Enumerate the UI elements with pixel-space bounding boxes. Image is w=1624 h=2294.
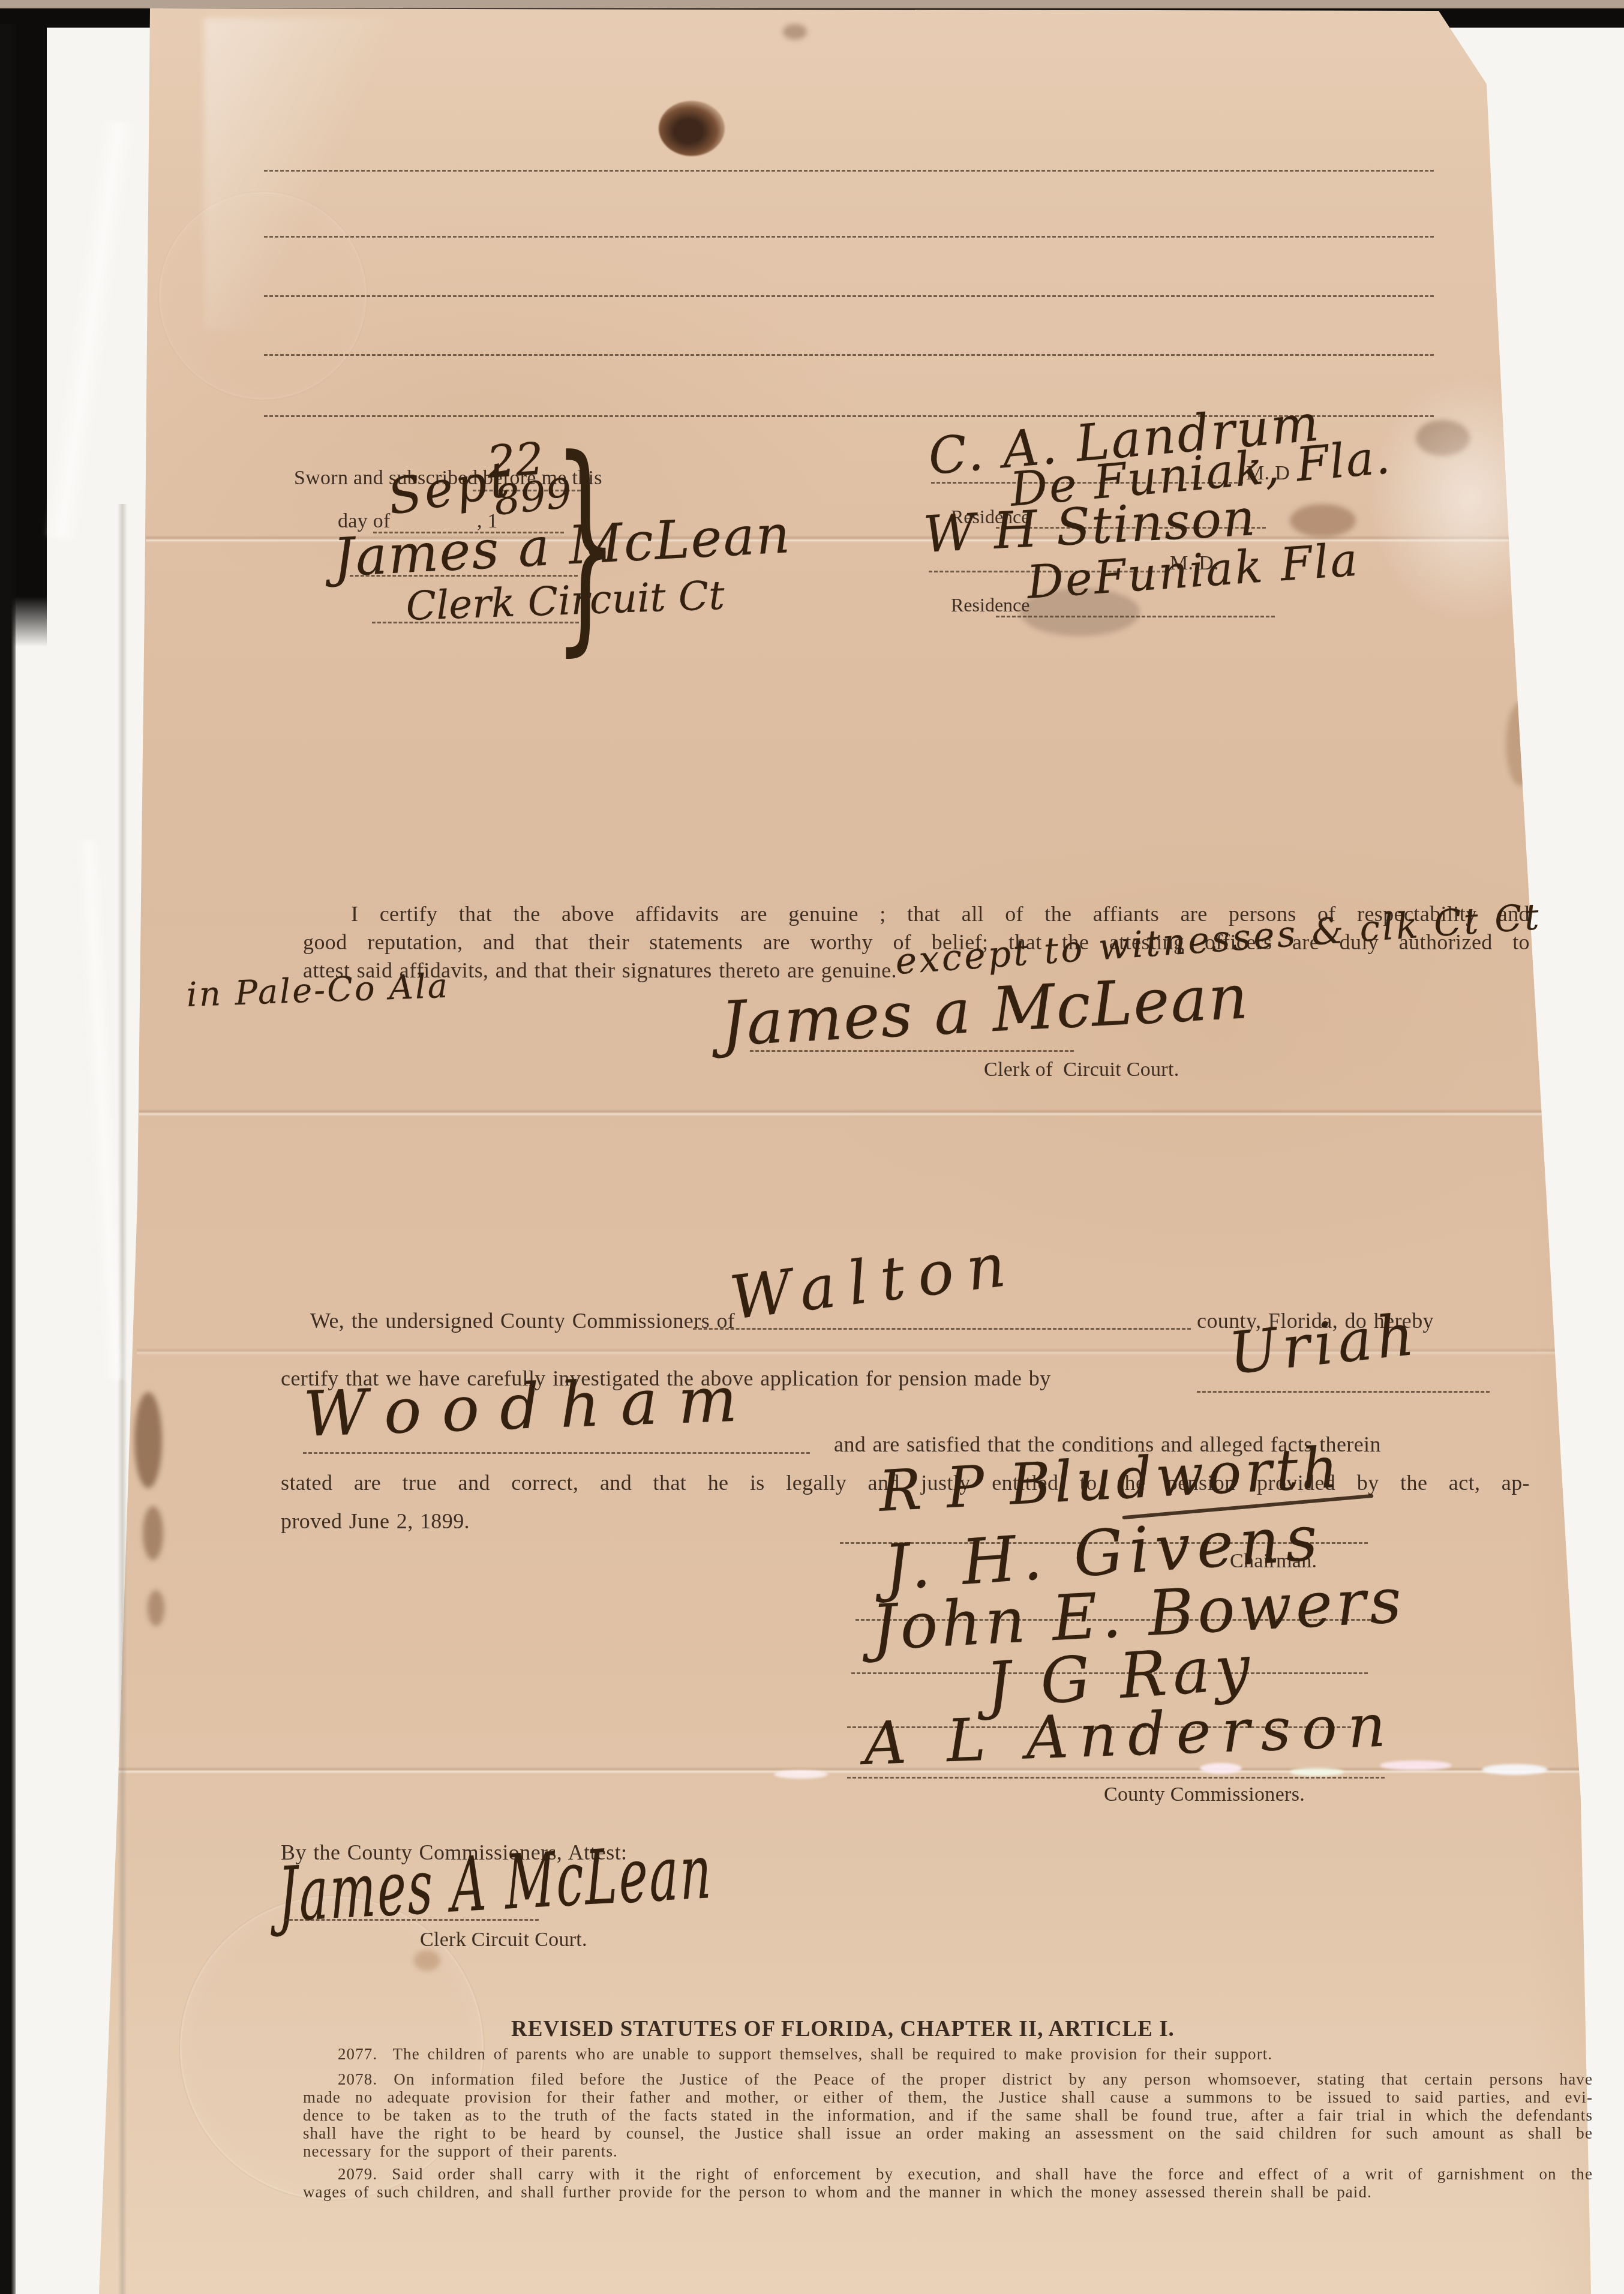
commission-line1-prefix: We, the undersigned County Commissioners…: [310, 1308, 735, 1333]
statute-2078-line: made no adequate provision for their fat…: [303, 2088, 1593, 2107]
blank-form-line: [264, 295, 1434, 297]
blank-form-line: [264, 354, 1434, 356]
brace-glyph: }: [553, 456, 619, 630]
glare-speck: [1290, 1768, 1344, 1776]
form-line: [693, 1328, 1191, 1330]
statute-2079-line: 2079. Said order shall carry with it the…: [338, 2165, 1593, 2184]
glare-speck: [774, 1770, 828, 1779]
residence-label-2: Residence: [951, 594, 1030, 616]
plastic-sleeve-seam: [118, 504, 127, 2294]
form-line: [996, 616, 1275, 617]
paper-hole: [659, 101, 725, 156]
statute-2078-line: necessary for the support of their paren…: [303, 2142, 618, 2161]
scan-top-strip: [0, 0, 1624, 8]
form-line: [372, 622, 579, 623]
statute-2077-line: 2077. The children of parents who are un…: [338, 2045, 1272, 2064]
fold-crease: [139, 1109, 1542, 1116]
county-commissioners-label: County Commissioners.: [1104, 1783, 1305, 1806]
plastic-glare: [204, 18, 396, 330]
statute-2078-line: 2078. On information filed before the Ju…: [338, 2070, 1593, 2089]
glare-speck: [1482, 1764, 1548, 1775]
commission-line-5: proved June 2, 1899.: [281, 1509, 470, 1534]
stain: [148, 1590, 164, 1626]
blank-form-line: [264, 170, 1434, 172]
form-line: [847, 1777, 1385, 1779]
form-line: [750, 1050, 1074, 1052]
glare: [1368, 372, 1572, 624]
stain: [143, 1506, 163, 1560]
statute-2078-line: dence to be taken as to the truth of the…: [303, 2106, 1593, 2125]
clerk-circuit-court-label: Clerk Circuit Court.: [420, 1929, 587, 1951]
plastic-wrinkle: [43, 119, 137, 541]
stain: [1506, 702, 1536, 786]
document-scan: Sworn and subscribed before me this 22 d…: [0, 0, 1624, 2294]
blank-form-line: [264, 236, 1434, 238]
clerk-of-circuit-court-label: Clerk of Circuit Court.: [984, 1058, 1179, 1081]
statute-2079-line: wages of such children, and shall furthe…: [303, 2183, 1372, 2202]
scan-black-left-edge: [0, 24, 16, 2294]
stain: [783, 24, 807, 40]
statute-2078-line: shall have the right to be heard by coun…: [303, 2124, 1593, 2143]
form-line: [284, 1919, 539, 1921]
fold-crease: [118, 1767, 1579, 1774]
statutes-title: REVISED STATUTES OF FLORIDA, CHAPTER II,…: [511, 2016, 1175, 2042]
form-line: [303, 1452, 810, 1454]
stain: [1290, 504, 1356, 537]
form-line: [1197, 1391, 1490, 1393]
stain: [134, 1392, 162, 1488]
form-line: [350, 575, 578, 577]
paper-sheet: [0, 0, 1624, 2294]
glare-speck: [1380, 1761, 1452, 1770]
